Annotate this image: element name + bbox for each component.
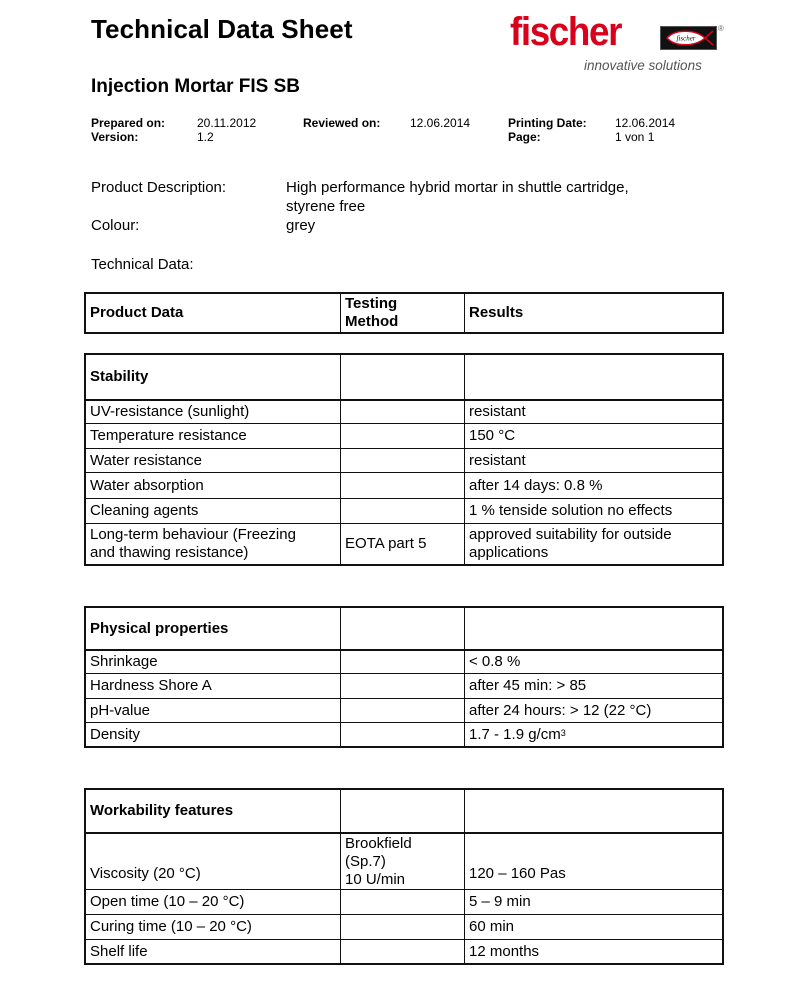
logo-tagline: innovative solutions bbox=[584, 58, 702, 73]
version-label: Version: bbox=[91, 130, 138, 144]
fish-logo-icon: fischer bbox=[660, 26, 717, 50]
table-row: Water absorptionafter 14 days: 0.8 % bbox=[86, 472, 722, 498]
description-line2: styrene free bbox=[286, 198, 365, 215]
table-row: Shrinkage< 0.8 % bbox=[86, 649, 722, 673]
product-name: Injection Mortar FIS SB bbox=[91, 76, 300, 98]
reviewed-label: Reviewed on: bbox=[303, 116, 380, 130]
colour-label: Colour: bbox=[91, 217, 139, 234]
header-testing-method: Testing Method bbox=[341, 294, 465, 332]
physical-properties-table: Physical properties Shrinkage< 0.8 % Har… bbox=[84, 606, 724, 748]
table-row: Water resistanceresistant bbox=[86, 448, 722, 472]
prepared-label: Prepared on: bbox=[91, 116, 165, 130]
page-value: 1 von 1 bbox=[615, 130, 654, 144]
description-line1: High performance hybrid mortar in shuttl… bbox=[286, 179, 629, 196]
table-row: Temperature resistance150 °C bbox=[86, 423, 722, 448]
table-row: Shelf life12 months bbox=[86, 939, 722, 963]
section-title: Physical properties bbox=[86, 608, 341, 649]
section-title: Stability bbox=[86, 355, 341, 399]
registered-mark: ® bbox=[718, 24, 724, 33]
table-row: Long-term behaviour (Freezingand thawing… bbox=[86, 523, 722, 564]
document-title: Technical Data Sheet bbox=[91, 14, 353, 45]
table-row: Curing time (10 – 20 °C)60 min bbox=[86, 914, 722, 939]
fischer-logo-wordmark: fischer bbox=[510, 10, 621, 55]
table-row: Density 1.7 - 1.9 g/cm3 bbox=[86, 722, 722, 746]
technical-data-label: Technical Data: bbox=[91, 256, 194, 273]
header-results: Results bbox=[465, 294, 722, 332]
printing-date-label: Printing Date: bbox=[508, 116, 587, 130]
printing-date-value: 12.06.2014 bbox=[615, 116, 675, 130]
table-row: UV-resistance (sunlight)resistant bbox=[86, 399, 722, 423]
table-row: pH-valueafter 24 hours: > 12 (22 °C) bbox=[86, 698, 722, 722]
header-product-data: Product Data bbox=[86, 294, 341, 332]
stability-table: Stability UV-resistance (sunlight)resist… bbox=[84, 353, 724, 566]
table-row: Open time (10 – 20 °C)5 – 9 min bbox=[86, 889, 722, 914]
svg-text:fischer: fischer bbox=[676, 35, 695, 43]
workability-table: Workability features Viscosity (20 °C) B… bbox=[84, 788, 724, 965]
description-label: Product Description: bbox=[91, 179, 226, 196]
colour-value: grey bbox=[286, 217, 315, 234]
table-row: Cleaning agents1 % tenside solution no e… bbox=[86, 498, 722, 523]
table-row: Hardness Shore Aafter 45 min: > 85 bbox=[86, 673, 722, 698]
prepared-value: 20.11.2012 bbox=[197, 116, 256, 130]
reviewed-value: 12.06.2014 bbox=[410, 116, 470, 130]
column-header-table: Product Data Testing Method Results bbox=[84, 292, 724, 334]
table-row: Viscosity (20 °C) Brookfield(Sp.7)10 U/m… bbox=[86, 832, 722, 889]
page-label: Page: bbox=[508, 130, 541, 144]
version-value: 1.2 bbox=[197, 130, 214, 144]
section-title: Workability features bbox=[86, 790, 341, 832]
